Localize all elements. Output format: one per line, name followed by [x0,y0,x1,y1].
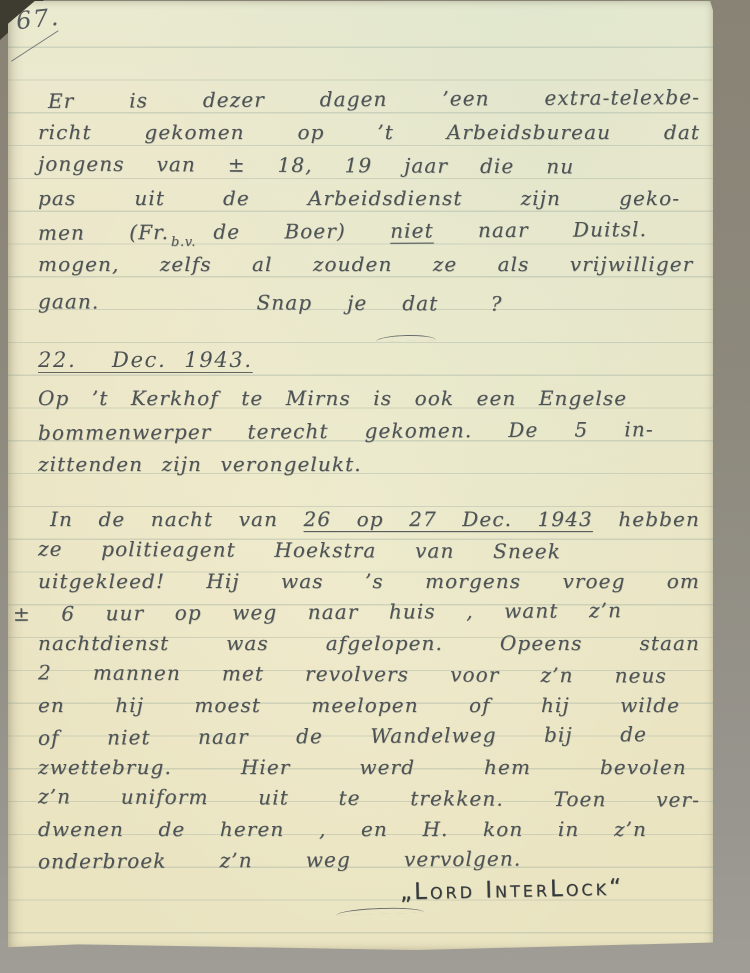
handwritten-line: dwenen de heren , en H. kon in z’n [38,814,647,845]
handwritten-line: In de nacht van 26 op 27 Dec. 1943 hebbe… [38,504,700,535]
entry-date-heading: 22. Dec. 1943. [38,348,253,372]
handwritten-line: z’n uniform uit te trekken. Toen ver- [38,781,700,815]
notebook-page: 67. Er is dezer dagen ’een extra-telexbe… [8,1,713,951]
handwritten-line: jongens van ± 18, 19 jaar die nu [38,148,574,184]
handwritten-line: en hij moest meelopen of hij wilde [38,690,680,721]
diary-entry-telex: Er is dezer dagen ’een extra-telexbe- ri… [38,83,700,320]
handwritten-line: 2 mannen met revolvers voor z’n neus [38,657,667,691]
handwritten-line: ze politieagent Hoekstra van Sneek [38,534,561,568]
underlined-date: 26 op 27 Dec. 1943 [304,507,593,531]
handwritten-line: Op ’t Kerkhof te Mirns is ook een Engels… [38,382,627,415]
handwritten-line: zwettebrug. Hier werd hem bevolen [38,752,687,783]
handwritten-line: gaan. Snap je dat ? [38,285,700,321]
handwritten-line: b.v.mogen, zelfs al zouden ze als vrijwi… [38,248,693,281]
handwritten-line: pas uit de Arbeidsdienst zijn geko- [38,182,680,215]
signature: „Lord InterLock“ [400,875,624,906]
handwritten-line: bommenwerper terecht gekomen. De 5 in- [38,413,654,450]
handwritten-line: zittenden zijn verongelukt. [38,448,700,481]
entry-date-heading-block: 22. Dec. 1943. [38,348,253,372]
page-content: Er is dezer dagen ’een extra-telexbe- ri… [38,1,700,951]
handwritten-line: Er is dezer dagen ’een extra-telexbe- [38,81,700,118]
handwritten-line: men (Fr. de Boer) niet naar Duitsl. [38,213,647,250]
signature-dash-stroke [336,906,424,915]
underlined-word: niet [390,218,434,242]
scan-background: 67. Er is dezer dagen ’een extra-telexbe… [0,0,750,973]
handwritten-line: onderbroek z’n weg vervolgen. [38,844,521,878]
insertion-note: b.v. [171,235,196,250]
diary-entry-bomber: Op ’t Kerkhof te Mirns is ook een Engels… [38,382,700,481]
handwritten-line: nachtdienst was afgelopen. Opeens staan [38,628,700,659]
diary-entry-hoekstra: In de nacht van 26 op 27 Dec. 1943 hebbe… [38,504,700,876]
handwritten-line: richt gekomen op ’t Arbeidsbureau dat [38,116,700,149]
handwritten-line: ± 6 uur op weg naar huis , want z’n [13,595,622,630]
handwritten-line: of niet naar de Wandelweg bij de [38,719,647,754]
separator-dash-stroke [376,334,436,342]
handwritten-line: uitgekleed! Hij was ’s morgens vroeg om [38,566,700,597]
